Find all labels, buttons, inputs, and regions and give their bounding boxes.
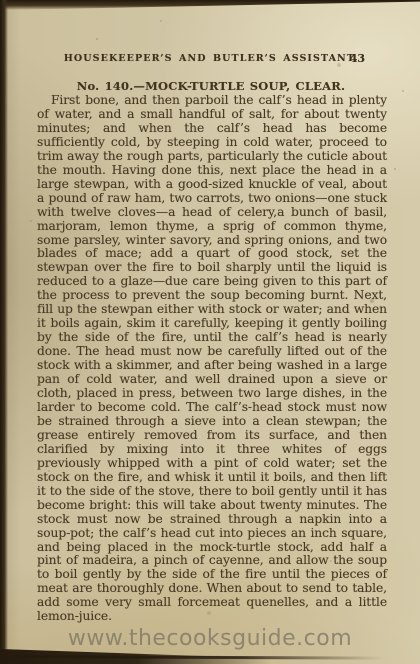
running-title: HOUSEKEEPER’S AND BUTLER’S ASSISTANT. [64,53,358,64]
running-header: HOUSEKEEPER’S AND BUTLER’S ASSISTANT. 43 [37,53,385,64]
page-number: 43 [350,52,365,65]
scan-edge-left [0,0,8,664]
scan-edge-top [0,0,420,10]
recipe-body-paragraph: First bone, and then parboil the calf’s … [37,94,387,624]
recipe-title: No. 140.—MOCK-TURTLE SOUP, CLEAR. [37,79,385,93]
book-page-scan: HOUSEKEEPER’S AND BUTLER’S ASSISTANT. 43… [0,0,420,664]
watermark-text: www.thecooksguide.com [0,626,420,651]
